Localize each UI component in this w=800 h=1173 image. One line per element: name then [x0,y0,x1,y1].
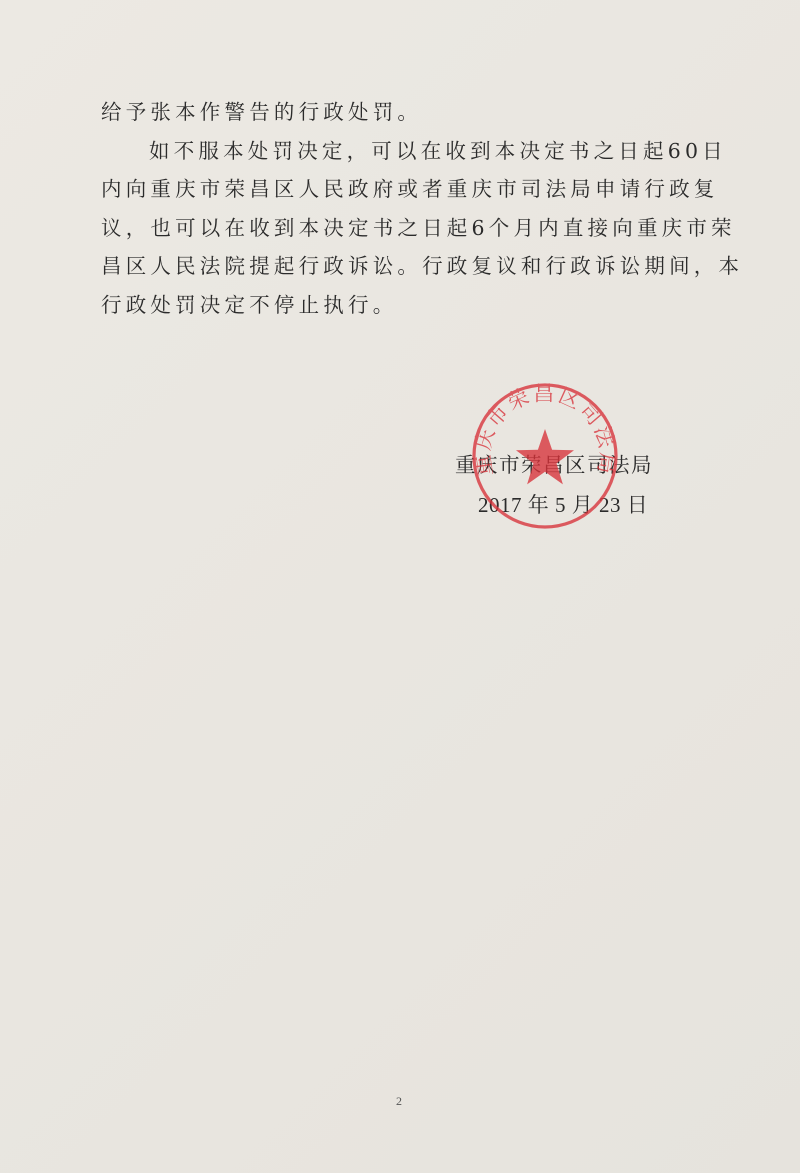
text-line-6: 行政处罚决定不停止执行。 [101,286,701,325]
text-line-1: 给予张本作警告的行政处罚。 [101,93,701,132]
issue-date: 2017 年 5 月 23 日 [455,485,695,525]
issuing-organization: 重庆市荣昌区司法局 [455,445,695,485]
text-line-3: 内向重庆市荣昌区人民政府或者重庆市司法局申请行政复 [101,170,701,209]
document-body: 给予张本作警告的行政处罚。 如不服本处罚决定，可以在收到本决定书之日起60日 内… [101,93,701,324]
text-line-2: 如不服本处罚决定，可以在收到本决定书之日起60日 [101,132,701,171]
page-number: 2 [396,1094,402,1109]
text-line-5: 昌区人民法院提起行政诉讼。行政复议和行政诉讼期间，本 [101,247,701,286]
text-line-4: 议，也可以在收到本决定书之日起6个月内直接向重庆市荣 [101,209,701,248]
document-page: 给予张本作警告的行政处罚。 如不服本处罚决定，可以在收到本决定书之日起60日 内… [0,0,800,1173]
signature-block: 重庆市荣昌区司法局 2017 年 5 月 23 日 [455,445,695,525]
